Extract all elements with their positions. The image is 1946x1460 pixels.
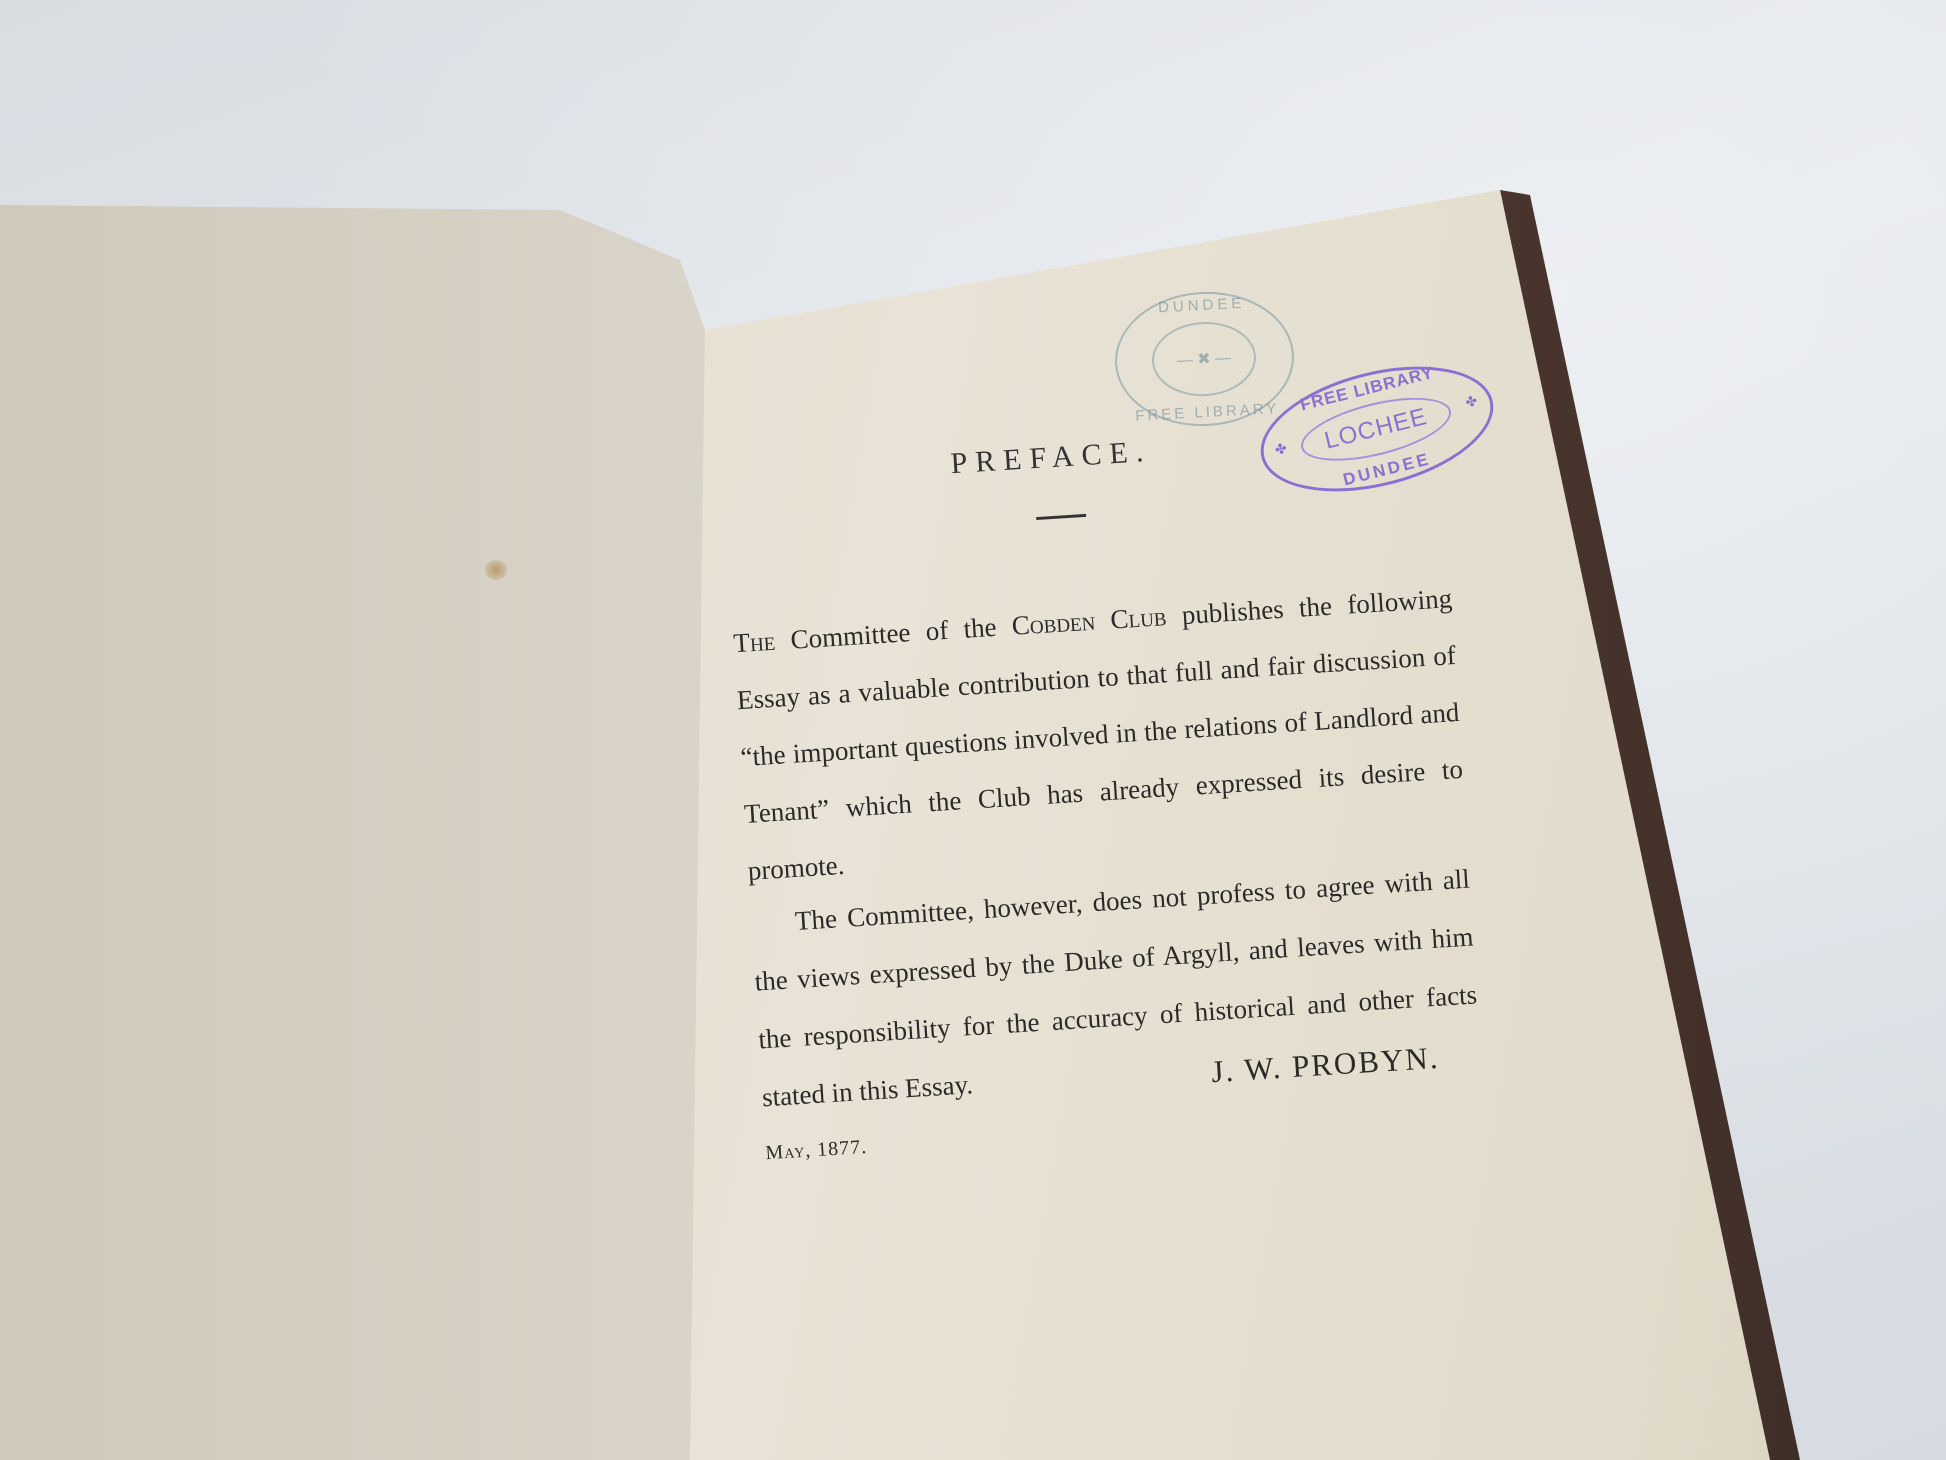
preface-paragraph-2: The Committee, however, does not profess… [749, 850, 1482, 1127]
lead-word: The [733, 626, 777, 659]
foxing-spot [485, 560, 507, 580]
club-name: Cobden Club [1011, 601, 1167, 641]
preface-date: May, 1877. [765, 1136, 868, 1165]
preface-content: PREFACE. The Committee of the Cobden Clu… [700, 379, 1576, 1349]
stamp-center: — ✖ — [1150, 319, 1258, 398]
indent [752, 930, 796, 933]
title-rule [1036, 514, 1086, 520]
page-title: PREFACE. [950, 435, 1153, 482]
paragraph-text: Committee of the [774, 611, 1013, 656]
preface-paragraph-1: The Committee of the Cobden Club publish… [732, 570, 1468, 900]
